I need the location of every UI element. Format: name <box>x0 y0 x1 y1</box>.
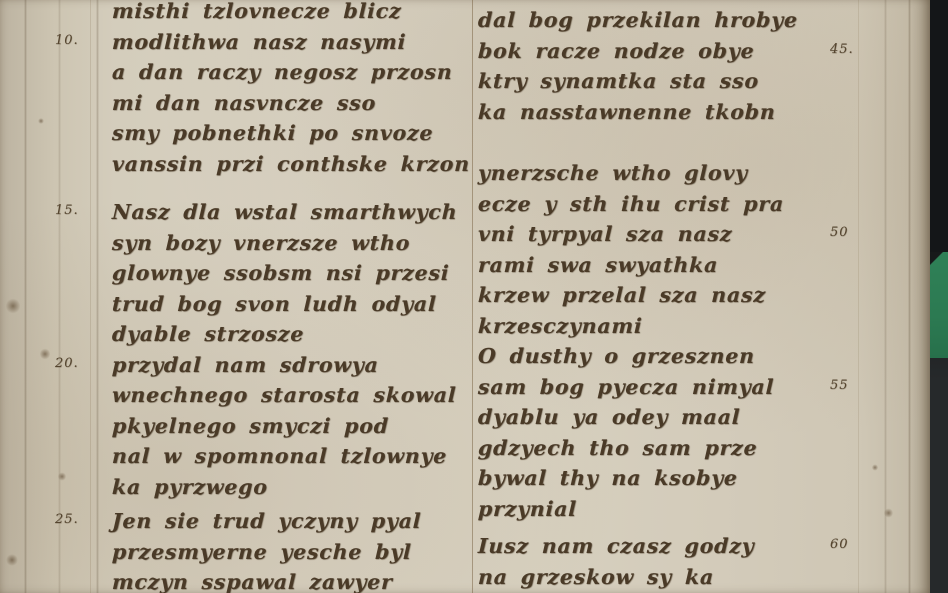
manuscript-line: a dan raczy negosz przosn <box>112 58 460 89</box>
verse-number: 60 <box>830 537 849 552</box>
verse-number: 55 <box>830 378 849 393</box>
ink-stain <box>6 298 20 314</box>
stanza: 25. Jen sie trud yczyny pyal przesmyerne… <box>112 507 460 593</box>
stanza: 20. przydal nam sdrowya wnechnego staros… <box>112 351 460 504</box>
manuscript-line: 45. bok racze nodze obye <box>478 37 824 68</box>
ink-stain <box>884 508 893 518</box>
verse-number: 45. <box>830 42 854 57</box>
manuscript-line-text: gdzyech tho sam prze <box>477 434 757 463</box>
page-crease <box>58 0 61 593</box>
manuscript-line: dyablu ya odey maal <box>478 403 824 434</box>
manuscript-line-text: smy pobnethki po snvoze <box>111 119 433 148</box>
manuscript-line: smy pobnethki po snvoze <box>112 119 460 150</box>
manuscript-line-text: bok racze nodze obye <box>477 37 754 66</box>
manuscript-line: 25. Jen sie trud yczyny pyal <box>112 507 460 538</box>
manuscript-line: trud bog svon ludh odyal <box>112 290 460 321</box>
manuscript-line: 55 sam bog pyecza nimyal <box>478 373 824 404</box>
manuscript-line-text: ktry synamtka sta sso <box>477 67 759 96</box>
manuscript-line-text: a dan raczy negosz przosn <box>111 58 453 87</box>
manuscript-line-text: misthi tzlovnecze blicz <box>111 0 402 26</box>
manuscript-line-text: pkyelnego smyczi pod <box>111 412 389 441</box>
manuscript-line-text: ka nasstawnenne tkobn <box>477 98 776 127</box>
manuscript-line-text: mi dan nasvncze sso <box>111 89 376 118</box>
manuscript-line: syn bozy vnerzsze wtho <box>112 229 460 260</box>
manuscript-line-text: glownye ssobsm nsi przesi <box>111 259 449 288</box>
manuscript-line: przesmyerne yesche byl <box>112 538 460 569</box>
page-crease <box>96 0 99 593</box>
manuscript-line-text: przesmyerne yesche byl <box>111 538 412 567</box>
manuscript-line-text: dyablu ya odey maal <box>477 403 740 432</box>
manuscript-line: rami swa swyathka <box>478 251 824 282</box>
stanza: misthi tzlovnecze blicz 10. modlithwa na… <box>112 0 460 180</box>
manuscript-line: 20. przydal nam sdrowya <box>112 351 460 382</box>
manuscript-line-text: bywal thy na ksobye <box>477 464 738 493</box>
manuscript-line-text: mczyn sspawal zawyer <box>111 568 393 593</box>
manuscript-line: na grzeskow sy ka <box>478 563 824 593</box>
right-text-column: dal bog przekilan hrobye 45. bok racze n… <box>478 6 824 593</box>
manuscript-line-text: syn bozy vnerzsze wtho <box>111 229 410 258</box>
manuscript-line-text: wnechnego starosta skowal <box>111 381 456 410</box>
manuscript-line: gdzyech tho sam prze <box>478 434 824 465</box>
manuscript-line: ktry synamtka sta sso <box>478 67 824 98</box>
manuscript-line: vanssin przi conthske krzon <box>112 150 460 181</box>
manuscript-line: pkyelnego smyczi pod <box>112 412 460 443</box>
manuscript-line-text: vanssin przi conthske krzon <box>111 150 470 179</box>
manuscript-line: glownye ssobsm nsi przesi <box>112 259 460 290</box>
manuscript-line: przynial <box>478 495 824 526</box>
manuscript-photo: misthi tzlovnecze blicz 10. modlithwa na… <box>0 0 948 593</box>
manuscript-line: 15. Nasz dla wstal smarthwych <box>112 198 460 229</box>
manuscript-line-text: ecze y sth ihu crist pra <box>477 190 784 219</box>
manuscript-line: bywal thy na ksobye <box>478 464 824 495</box>
ink-stain <box>6 554 18 566</box>
manuscript-line: 50 vni tyrpyal sza nasz <box>478 220 824 251</box>
stanza: ynerzsche wtho glovy ecze y sth ihu cris… <box>478 159 824 342</box>
manuscript-line: dyable strzosze <box>112 320 460 351</box>
manuscript-line: O dusthy o grzesznen <box>478 342 824 373</box>
manuscript-line-text: O dusthy o grzesznen <box>477 342 755 371</box>
manuscript-line: 60 Iusz nam czasz godzy <box>478 532 824 563</box>
page-crease <box>24 0 27 593</box>
manuscript-line-text: ka pyrzwego <box>111 473 268 502</box>
left-text-column: misthi tzlovnecze blicz 10. modlithwa na… <box>112 0 460 593</box>
manuscript-line-text: vni tyrpyal sza nasz <box>477 220 732 249</box>
manuscript-line-text: modlithwa nasz nasymi <box>111 28 406 57</box>
ink-stain <box>58 472 66 481</box>
manuscript-line-text: Jen sie trud yczyny pyal <box>111 507 421 536</box>
manuscript-line: dal bog przekilan hrobye <box>478 6 824 37</box>
manuscript-line-text: rami swa swyathka <box>477 251 718 280</box>
manuscript-line: wnechnego starosta skowal <box>112 381 460 412</box>
stanza: O dusthy o grzesznen 55 sam bog pyecza n… <box>478 342 824 525</box>
manuscript-line: mi dan nasvncze sso <box>112 89 460 120</box>
manuscript-line-text: Nasz dla wstal smarthwych <box>111 198 457 227</box>
manuscript-line: mczyn sspawal zawyer <box>112 568 460 593</box>
ink-stain <box>40 348 50 360</box>
manuscript-line: ynerzsche wtho glovy <box>478 159 824 190</box>
verse-number: 25. <box>55 512 79 527</box>
manuscript-line-text: krzesczynami <box>477 312 643 341</box>
manuscript-line-text: Iusz nam czasz godzy <box>477 532 754 561</box>
manuscript-line: nal w spomnonal tzlownye <box>112 442 460 473</box>
manuscript-line-text: sam bog pyecza nimyal <box>477 373 774 402</box>
manuscript-line: 10. modlithwa nasz nasymi <box>112 28 460 59</box>
manuscript-line: ka nasstawnenne tkobn <box>478 98 824 129</box>
ink-stain <box>38 118 44 124</box>
page-crease <box>908 0 911 593</box>
manuscript-line-text: dyable strzosze <box>111 320 304 349</box>
manuscript-line-text: na grzeskow sy ka <box>477 563 714 592</box>
manuscript-line-text: przydal nam sdrowya <box>111 351 379 380</box>
manuscript-line-text: trud bog svon ludh odyal <box>111 290 437 319</box>
stanza: 15. Nasz dla wstal smarthwych syn bozy v… <box>112 198 460 351</box>
manuscript-page: misthi tzlovnecze blicz 10. modlithwa na… <box>0 0 930 593</box>
ruling-line <box>858 0 859 593</box>
manuscript-line: ka pyrzwego <box>112 473 460 504</box>
ruling-line <box>472 0 473 593</box>
verse-number: 15. <box>55 203 79 218</box>
manuscript-line: krzew przelal sza nasz <box>478 281 824 312</box>
manuscript-line-text: ynerzsche wtho glovy <box>477 159 748 188</box>
verse-number: 50 <box>830 225 849 240</box>
manuscript-line: misthi tzlovnecze blicz <box>112 0 460 28</box>
manuscript-line-text: krzew przelal sza nasz <box>477 281 766 310</box>
manuscript-line-text: nal w spomnonal tzlownye <box>111 442 447 471</box>
page-crease <box>884 0 887 593</box>
verse-number: 20. <box>55 356 79 371</box>
manuscript-line-text: dal bog przekilan hrobye <box>477 6 798 35</box>
stanza: dal bog przekilan hrobye 45. bok racze n… <box>478 6 824 128</box>
ruling-line <box>90 0 91 593</box>
ink-stain <box>872 464 878 471</box>
manuscript-line-text: przynial <box>477 495 577 524</box>
verse-number: 10. <box>55 33 79 48</box>
manuscript-line: ecze y sth ihu crist pra <box>478 190 824 221</box>
stanza: 60 Iusz nam czasz godzy na grzeskow sy k… <box>478 532 824 593</box>
manuscript-line: krzesczynami <box>478 312 824 343</box>
